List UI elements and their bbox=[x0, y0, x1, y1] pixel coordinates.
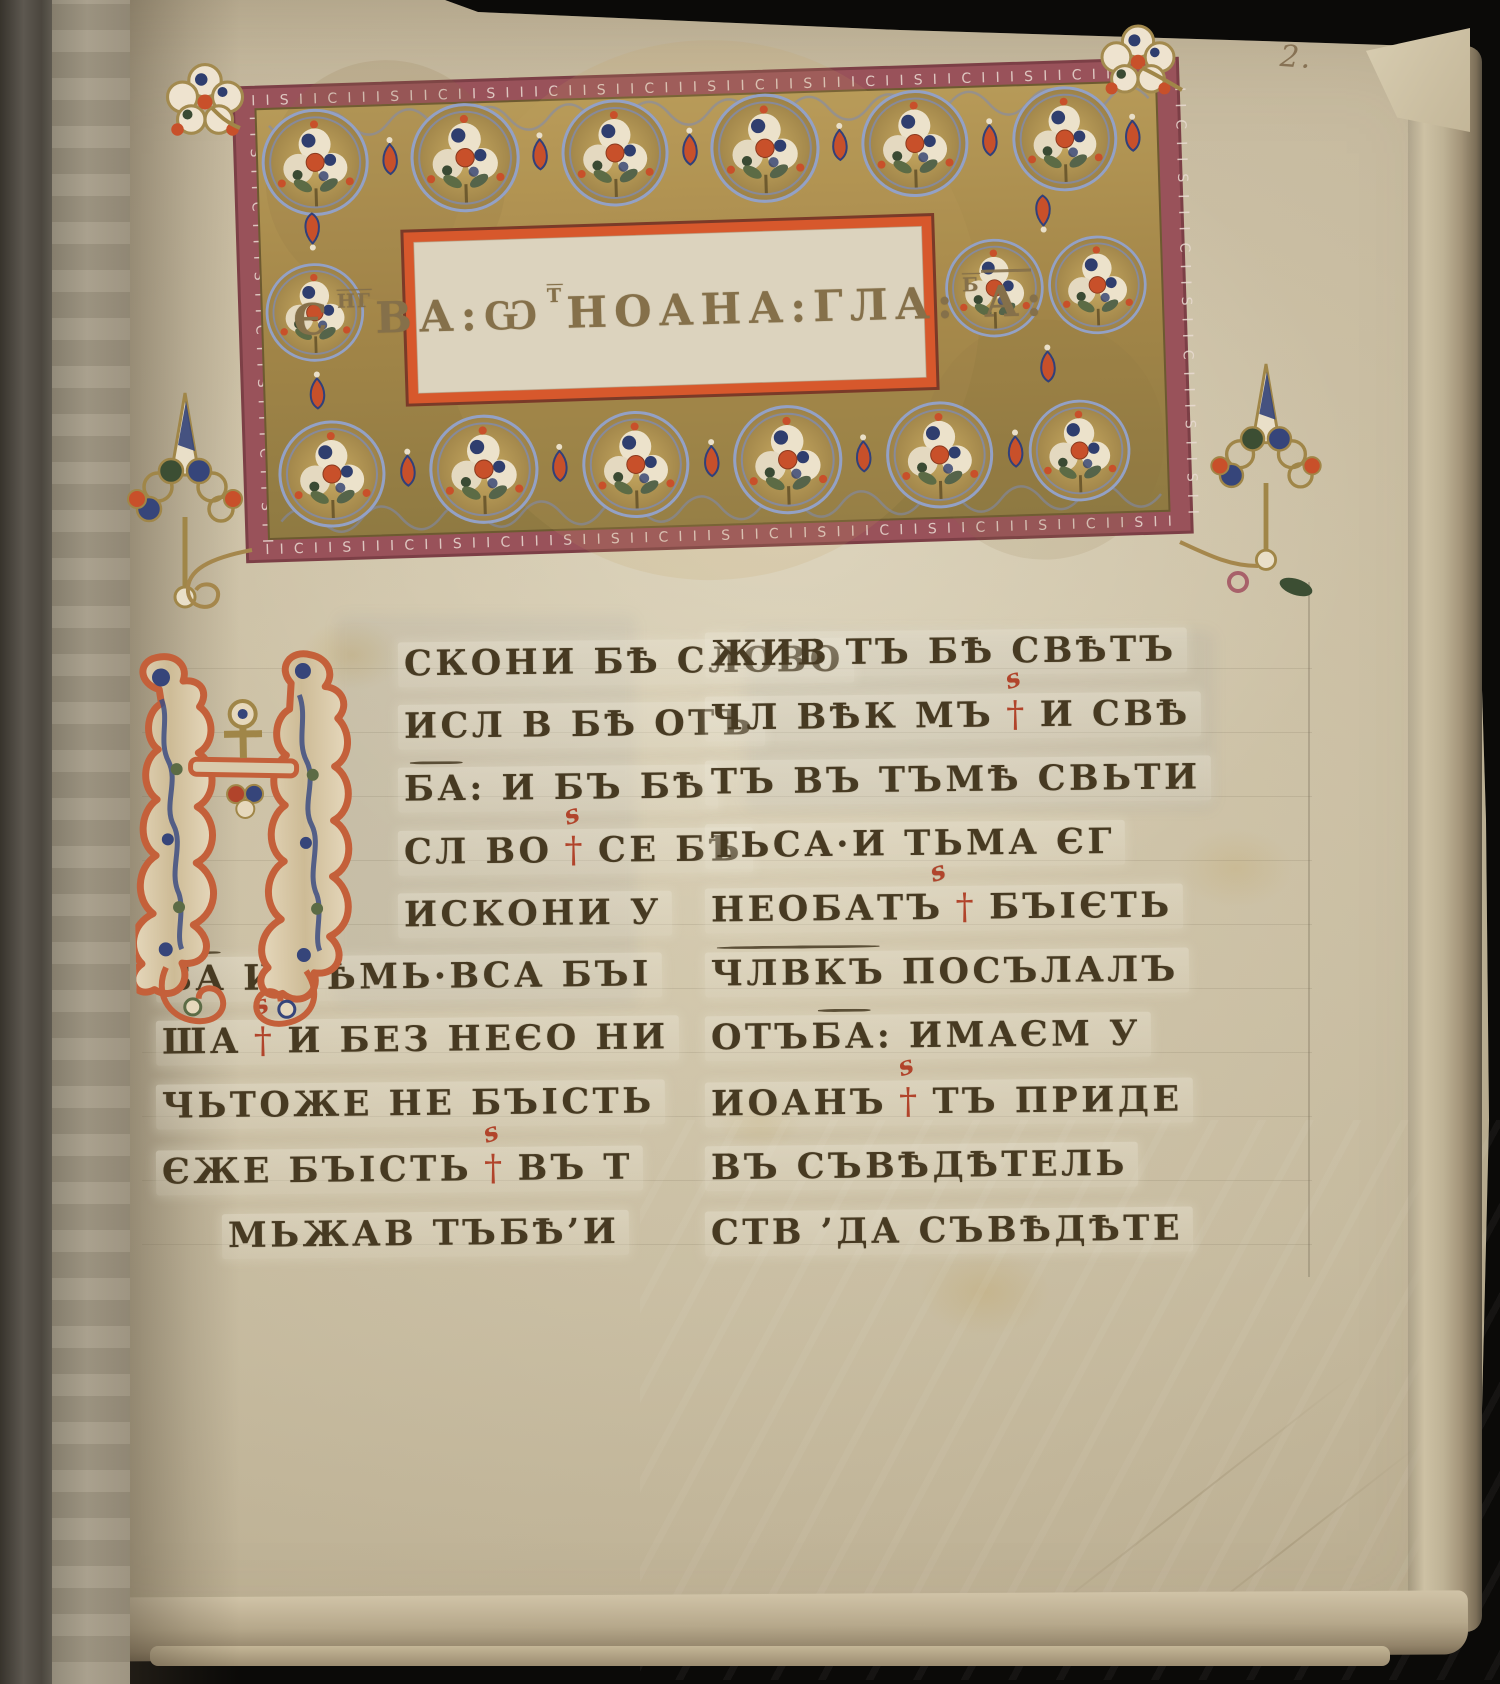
text-line: ЧЬТОЖЕ НЕ БЪІСТЬ bbox=[156, 1079, 665, 1129]
text-segment: ВЪ Т bbox=[517, 1147, 633, 1189]
text-line: ВЪ СЪВѢДѢТЕЛЬ bbox=[705, 1142, 1138, 1192]
text-segment: ТЬСА·И ТЬМА ЄГ bbox=[711, 821, 1116, 866]
text-segment: ИСКОНИ У bbox=[404, 892, 662, 936]
text-segment: ИОАНЪ bbox=[711, 1082, 888, 1125]
text-line: СЛ ВО†ѕСЕ БѢ bbox=[398, 827, 753, 876]
text-line: ЧЛ ВѢК МЪ†ѕИ СВѢ bbox=[705, 691, 1201, 741]
text-segment: ИСЛ В БѢ ОТЪ bbox=[404, 702, 755, 747]
illuminated-initial-I bbox=[131, 646, 360, 1050]
headpiece-title-box: ЄНГВА:ѠТНОАНА:ГЛА:БА: bbox=[406, 229, 936, 393]
text-line: ТЬСА·И ТЬМА ЄГ bbox=[705, 820, 1126, 869]
corner-rosette bbox=[1102, 26, 1174, 94]
text-segment: : ИМАЄМ У bbox=[877, 1013, 1142, 1057]
text-line: ОТЪБА: ИМАЄМ У bbox=[705, 1012, 1151, 1062]
text-line: ЖИВ ТЪ БѢ СВѢТЪ bbox=[705, 627, 1187, 677]
title-segment: Ѡ bbox=[483, 289, 545, 341]
text-line: НЕОБАТЪѕ†БЪІЄТЬ bbox=[705, 884, 1183, 934]
initial-cross-knot bbox=[223, 701, 262, 759]
text-segment: ЖИВ ТЪ БѢ СВѢТЪ bbox=[711, 629, 1177, 675]
title-segment: Є bbox=[293, 295, 335, 346]
initial-crossbar bbox=[190, 759, 296, 776]
text-line: МЬЖАВ ТЪБѢ’И bbox=[222, 1210, 630, 1259]
superscript-abbreviation: Б bbox=[962, 274, 981, 296]
folio-number: 2. bbox=[1279, 39, 1314, 76]
red-cross-icon: †ѕ bbox=[899, 1081, 921, 1122]
text-segment: БА bbox=[811, 1016, 877, 1058]
text-segment: МЬЖАВ ТЪБѢ’И bbox=[228, 1211, 620, 1256]
text-segment: ЧЬТОЖЕ НЕ БЪІСТЬ bbox=[162, 1080, 655, 1126]
text-line: БА: И БЪ БѢ bbox=[398, 764, 718, 812]
title-segment: А bbox=[983, 277, 1026, 328]
text-segment: БЪІЄТЬ bbox=[989, 885, 1173, 928]
superscript-abbreviation: НГ bbox=[337, 290, 373, 313]
right-finial-ornament bbox=[1211, 364, 1320, 569]
text-segment: ПОСЪЛАЛЪ bbox=[886, 949, 1179, 993]
text-segment: ЧЛ ВѢК МЪ bbox=[711, 695, 995, 739]
text-segment: ТЪ ПРИДЕ bbox=[932, 1079, 1182, 1123]
text-segment: ОТЪ bbox=[711, 1016, 812, 1058]
text-segment: НЕОБАТЪѕ bbox=[711, 887, 944, 930]
text-line: СТВ ’ДА СЪВѢДѢТЕ bbox=[705, 1206, 1194, 1256]
text-segment: БА bbox=[404, 768, 470, 810]
title-segment: : bbox=[1025, 276, 1049, 327]
text-segment: ВЪ СЪВѢДѢТЕЛЬ bbox=[711, 1143, 1128, 1188]
superscript-abbreviation: Т bbox=[547, 285, 564, 307]
page-stack-edge-right bbox=[1408, 46, 1482, 1632]
text-line: ИСКОНИ У bbox=[398, 891, 672, 939]
left-finial-ornament bbox=[128, 393, 242, 607]
manuscript-photo: 2. bbox=[0, 0, 1500, 1684]
initial-left-bar bbox=[131, 656, 216, 994]
corner-curl bbox=[188, 550, 252, 607]
title-segment: НОАНА:ГЛА: bbox=[566, 278, 960, 338]
corner-curl bbox=[1180, 542, 1258, 566]
red-cross-icon: †ѕ bbox=[1006, 694, 1028, 735]
page-stack-edge-bottom bbox=[150, 1646, 1390, 1666]
initial-pendant bbox=[227, 785, 264, 819]
book-spine bbox=[0, 0, 52, 1684]
text-segment: И СВѢ bbox=[1040, 693, 1191, 736]
text-segment: ЧЛВКЪ bbox=[711, 952, 887, 995]
text-line: ТЪ ВЪ ТЪМѢ СВЬТИ bbox=[705, 755, 1211, 805]
text-segment: СТВ ’ДА СЪВѢДѢТЕ bbox=[711, 1208, 1183, 1254]
text-segment: ТЪ ВЪ ТЪМѢ СВЬТИ bbox=[711, 756, 1201, 802]
text-line: ЧЛВКЪ ПОСЪЛАЛЪ bbox=[705, 947, 1189, 997]
title-segment: ВА: bbox=[375, 291, 485, 344]
text-line: ЄЖЕ БЪІСТЬ†ѕВЪ Т bbox=[156, 1145, 643, 1195]
red-cross-icon: †ѕ bbox=[484, 1148, 506, 1189]
red-cross-icon: †ѕ bbox=[564, 830, 586, 871]
text-line: ИОАНЪ†ѕТЪ ПРИДЕ bbox=[705, 1077, 1193, 1127]
red-cross-icon: † bbox=[955, 887, 977, 928]
text-segment: : И БЪ БѢ bbox=[469, 765, 708, 808]
initial-right-bar bbox=[255, 653, 352, 1000]
text-segment: СЛ ВО bbox=[404, 830, 553, 873]
text-segment: ЄЖЕ БЪІСТЬ bbox=[162, 1148, 473, 1192]
